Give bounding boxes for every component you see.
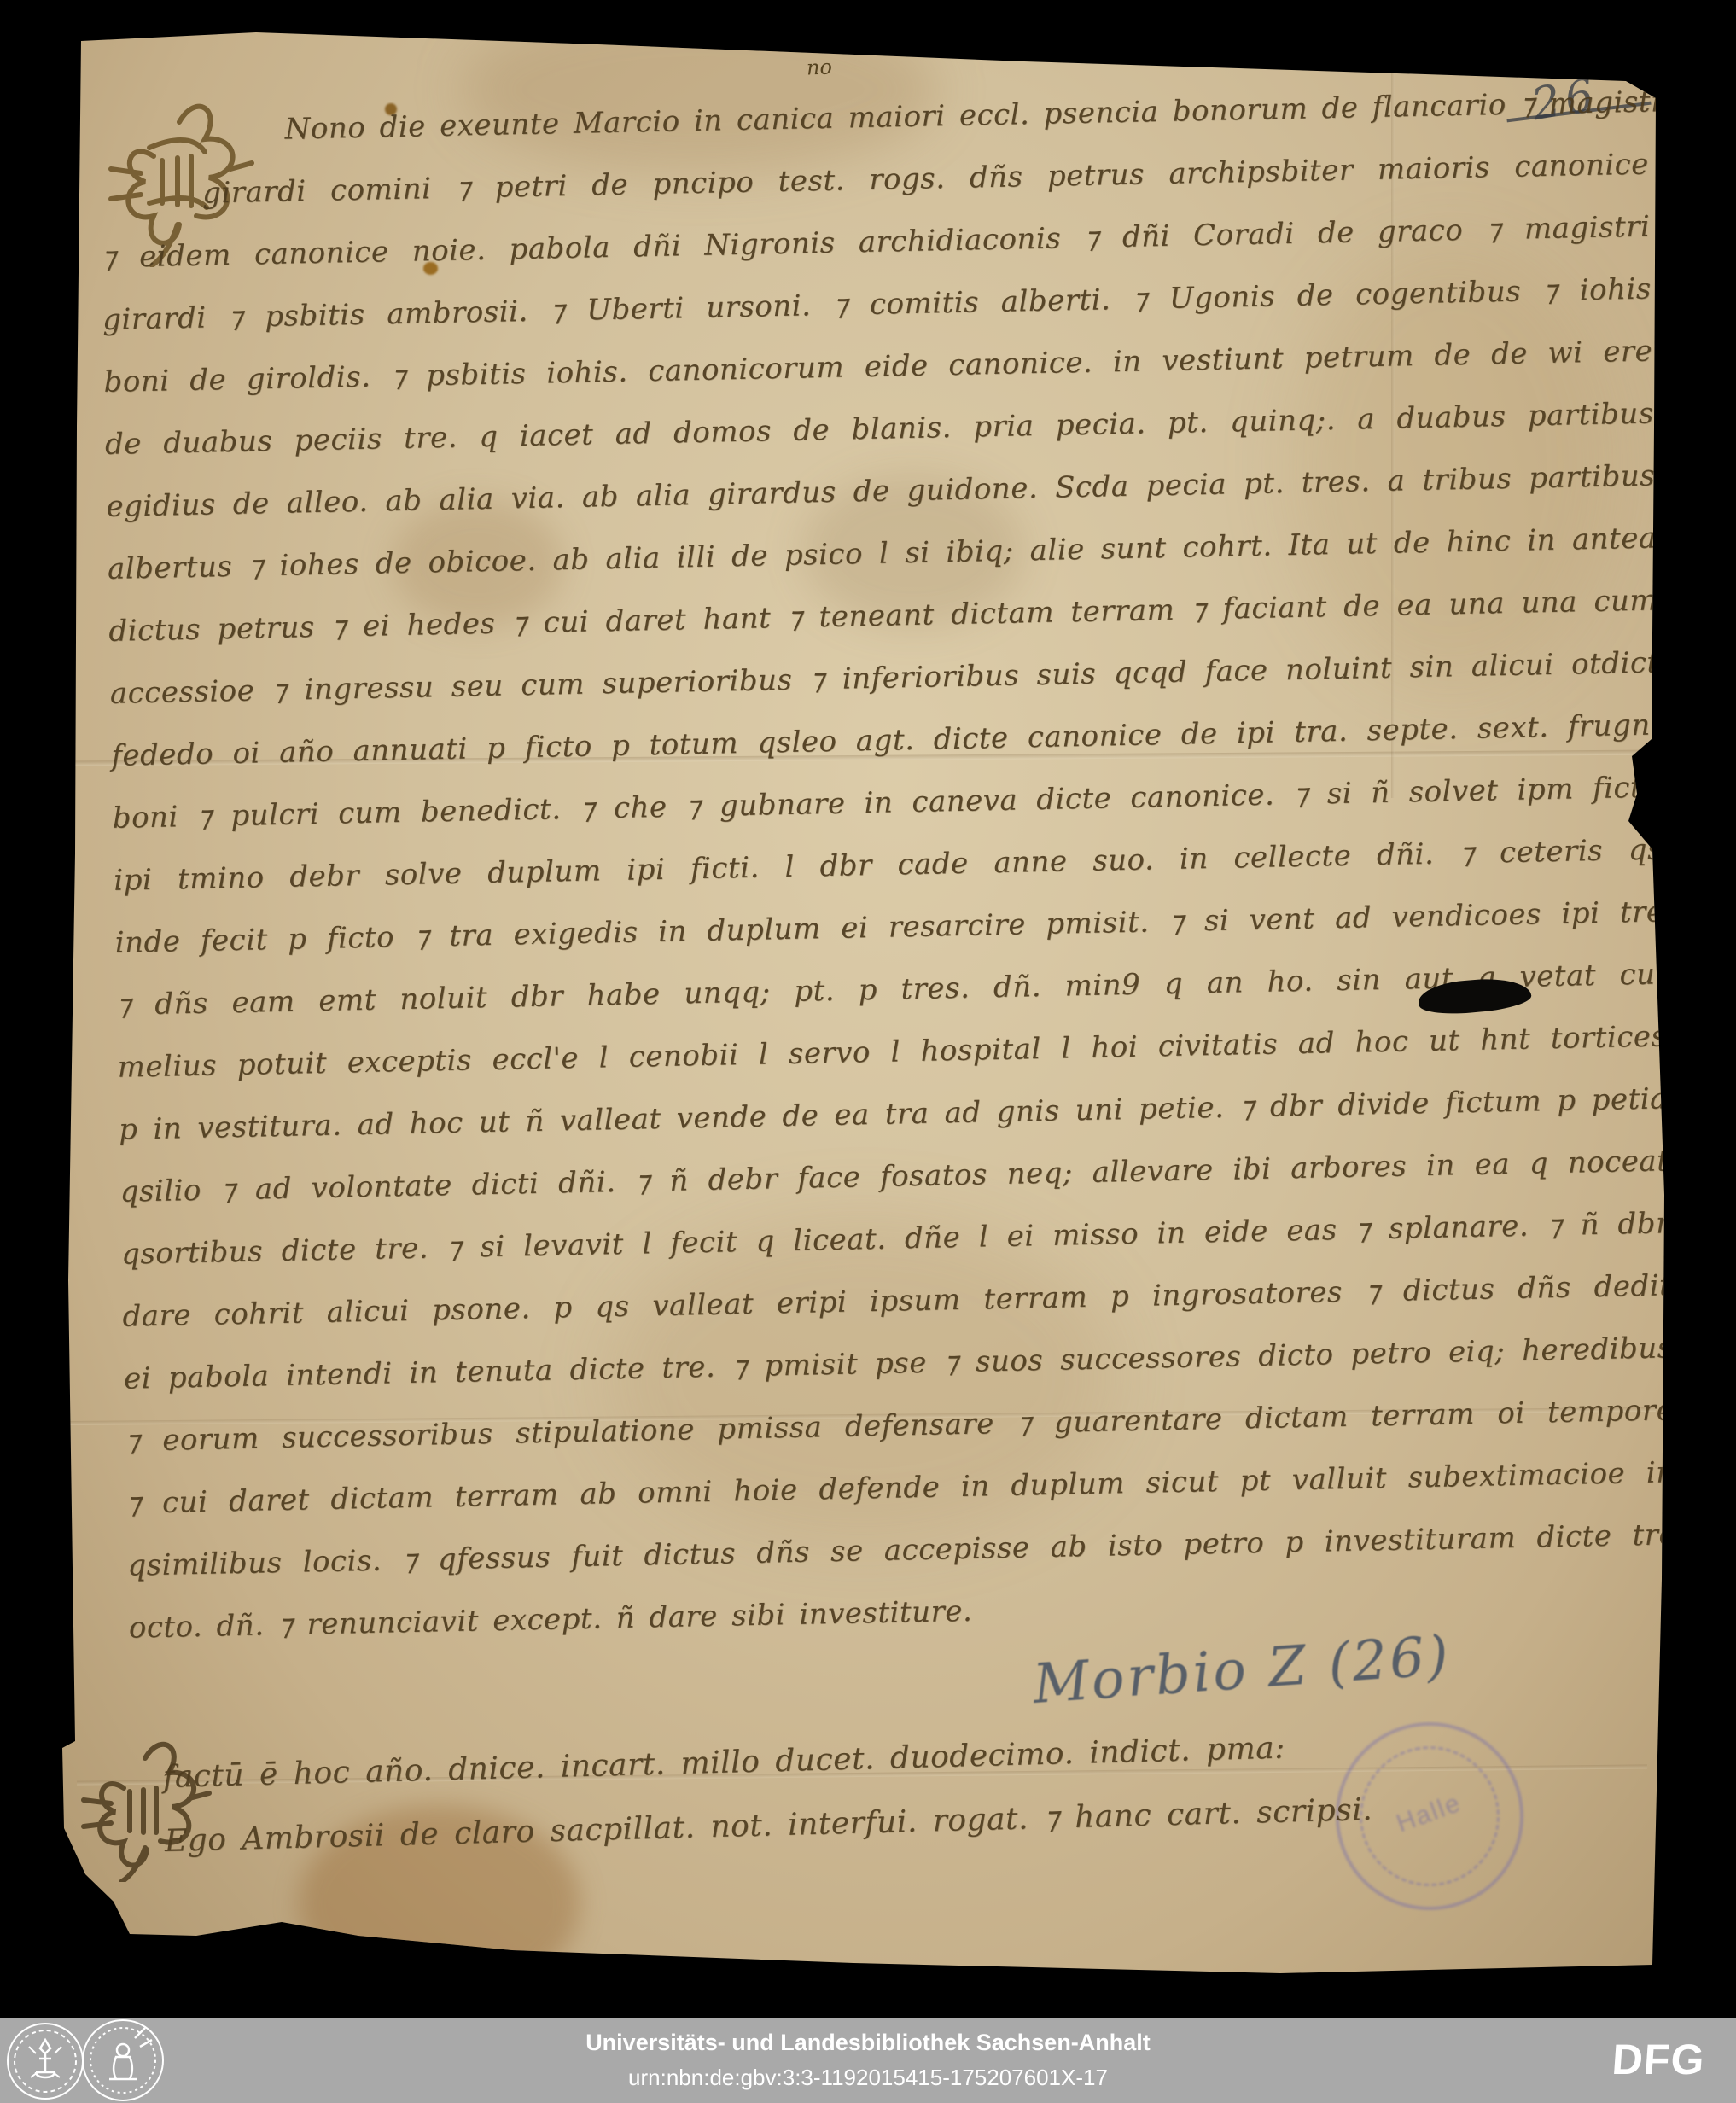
footer-bar: Universitäts- und Landesbibliothek Sachs… <box>0 2018 1736 2103</box>
manuscript-text: Nono die exeunte Marcio in canica maiori… <box>98 72 1678 1660</box>
superscript-note: no <box>807 55 833 79</box>
page-background: no 26 Nono die exeunte Marcio in canica … <box>0 0 1736 2103</box>
closing-text: factū ē hoc año. dnice. incart. millo du… <box>162 1726 900 1873</box>
parchment: no 26 Nono die exeunte Marcio in canica … <box>51 21 1673 1980</box>
urn-identifier: urn:nbn:de:gbv:3:3-1192015415-175207601X… <box>628 2065 1108 2091</box>
dfg-logo: DFG <box>1611 2035 1707 2084</box>
library-name: Universitäts- und Landesbibliothek Sachs… <box>585 2030 1151 2056</box>
